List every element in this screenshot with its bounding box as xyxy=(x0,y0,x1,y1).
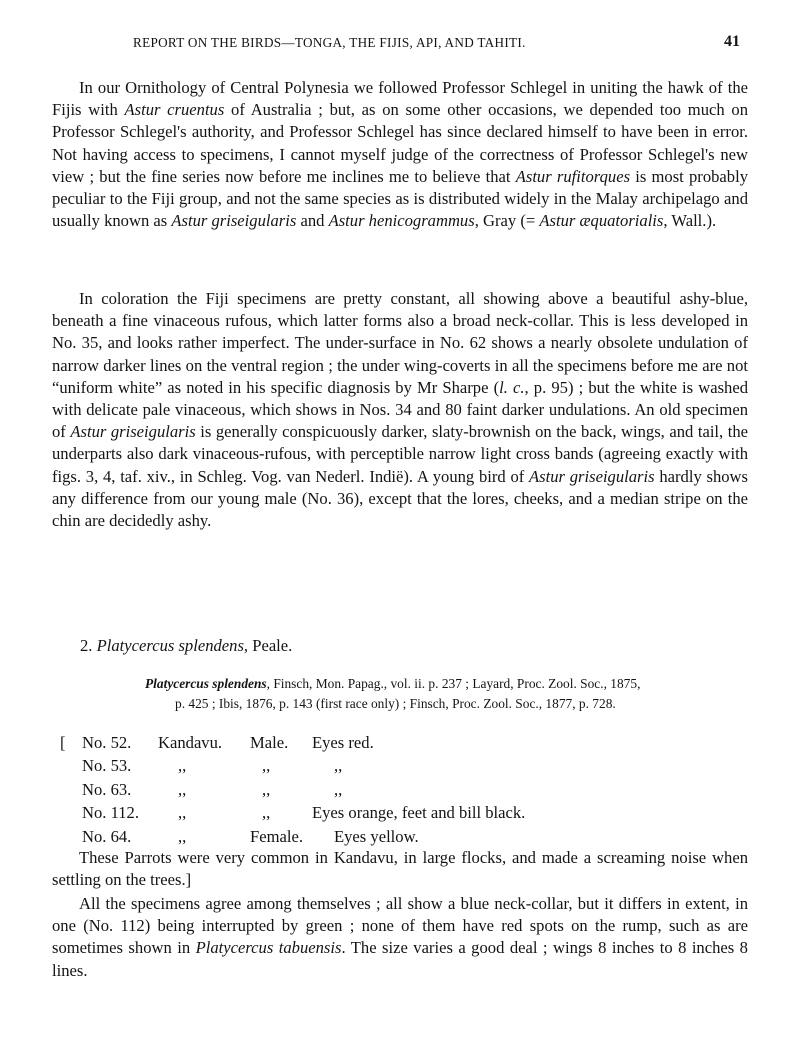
paragraph-astur-taxonomy: In our Ornithology of Central Polynesia … xyxy=(52,77,748,232)
specimen-note: ,, xyxy=(334,780,342,800)
specimen-locality: ,, xyxy=(178,780,186,800)
specimen-note: Eyes red. xyxy=(312,733,374,753)
species-name: Platycercus splendens xyxy=(97,636,244,655)
specimen-row: No. 63. ,, ,, ,, xyxy=(60,780,760,803)
specimen-number: No. 52. xyxy=(82,733,131,753)
running-head: REPORT ON THE BIRDS—TONGA, THE FIJIS, AP… xyxy=(133,35,745,51)
synonymy-citation: Platycercus splendens, Finsch, Mon. Papa… xyxy=(145,674,751,714)
italic-taxon: Astur griseigularis xyxy=(70,422,195,441)
italic-taxon: Astur rufitorques xyxy=(516,167,630,186)
italic-taxon: l. c. xyxy=(499,378,524,397)
specimen-sex: ,, xyxy=(262,756,270,776)
paragraph-coloration: In coloration the Fiji specimens are pre… xyxy=(52,288,748,532)
paragraph-specimen-comparison: All the specimens agree among themselves… xyxy=(52,893,748,982)
specimen-number: No. 63. xyxy=(82,780,131,800)
specimen-locality: ,, xyxy=(178,756,186,776)
book-page: REPORT ON THE BIRDS—TONGA, THE FIJIS, AP… xyxy=(0,0,800,1050)
species-author: , Peale. xyxy=(244,636,292,655)
specimen-row: [ No. 52. Kandavu. Male. Eyes red. xyxy=(60,733,760,756)
synonymy-line-1: , Finsch, Mon. Papag., vol. ii. p. 237 ;… xyxy=(267,676,641,691)
specimen-sex: Male. xyxy=(250,733,288,753)
specimen-sex: ,, xyxy=(262,803,270,823)
specimen-number: No. 53. xyxy=(82,756,131,776)
synonymy-line-2: p. 425 ; Ibis, 1876, p. 143 (first race … xyxy=(145,694,751,714)
text-run: , Gray (= xyxy=(475,211,540,230)
specimen-number: No. 112. xyxy=(82,803,139,823)
specimen-list: [ No. 52. Kandavu. Male. Eyes red. No. 5… xyxy=(60,733,760,850)
specimen-number: No. 64. xyxy=(82,827,131,847)
specimen-row: No. 53. ,, ,, ,, xyxy=(60,756,760,779)
specimen-locality: ,, xyxy=(178,827,186,847)
paragraph-field-note: These Parrots were very common in Kandav… xyxy=(52,847,748,891)
specimen-note: ,, xyxy=(334,756,342,776)
text-run: These Parrots were very common in Kandav… xyxy=(52,848,748,889)
italic-taxon: Astur griseigularis xyxy=(171,211,296,230)
specimen-row: No. 112. ,, ,, Eyes orange, feet and bil… xyxy=(60,803,760,826)
specimen-locality: ,, xyxy=(178,803,186,823)
italic-taxon: Astur griseigularis xyxy=(529,467,655,486)
specimen-note: Eyes orange, feet and bill black. xyxy=(312,803,525,823)
specimen-sex: Female. xyxy=(250,827,303,847)
italic-taxon: Astur henicogrammus xyxy=(329,211,475,230)
specimen-sex: ,, xyxy=(262,780,270,800)
species-number: 2. xyxy=(80,636,92,655)
italic-taxon: Platycercus tabuensis xyxy=(196,938,342,957)
text-run: , Wall.). xyxy=(663,211,716,230)
page-number: 41 xyxy=(724,33,740,51)
italic-taxon: Astur cruentus xyxy=(124,100,224,119)
italic-taxon: Astur æquatorialis xyxy=(539,211,663,230)
text-run: and xyxy=(296,211,328,230)
species-heading: 2. Platycercus splendens, Peale. xyxy=(80,636,292,656)
synonymy-name: Platycercus splendens xyxy=(145,676,267,691)
specimen-note: Eyes yellow. xyxy=(334,827,419,847)
specimen-locality: Kandavu. xyxy=(158,733,222,753)
open-bracket: [ xyxy=(60,733,66,753)
